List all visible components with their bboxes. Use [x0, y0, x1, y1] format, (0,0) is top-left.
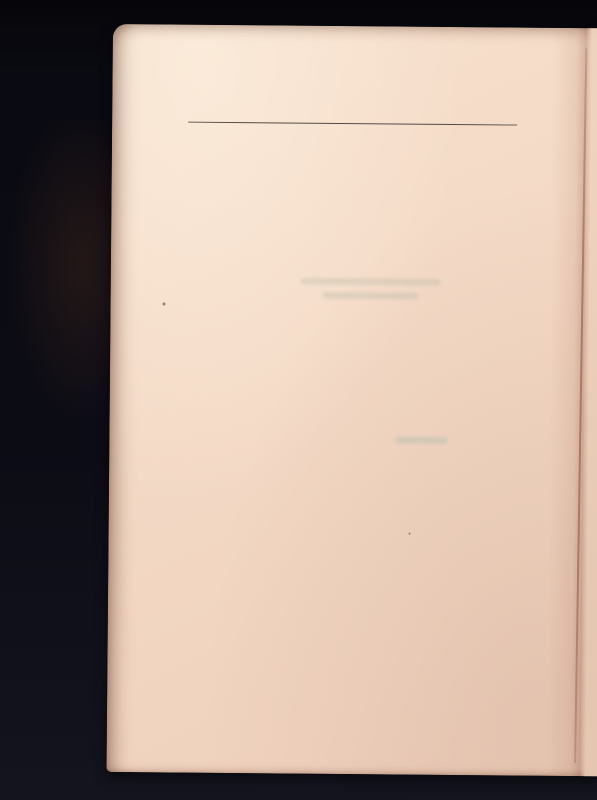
body-text [113, 24, 597, 28]
ink-bleedthrough-mark [323, 292, 419, 300]
ink-bleedthrough-mark [301, 278, 441, 286]
running-head-case-title [204, 102, 528, 105]
ink-bleedthrough-mark [395, 436, 447, 443]
book-scan-background [0, 0, 597, 800]
dust-speck [163, 302, 166, 305]
header-rule [188, 122, 517, 126]
dust-speck [409, 533, 411, 535]
book-page [106, 24, 597, 776]
printed-page-content [106, 24, 597, 776]
